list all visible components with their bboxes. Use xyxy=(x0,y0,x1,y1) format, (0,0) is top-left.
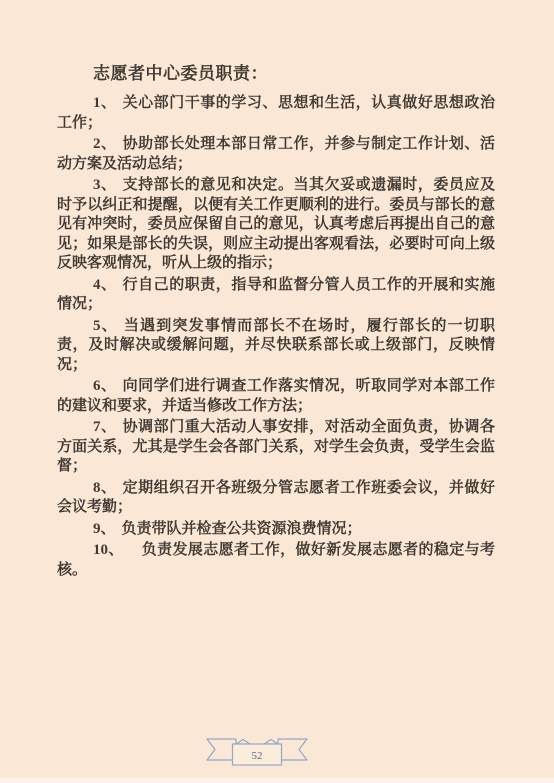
item-text: 支持部长的意见和决定。当其欠妥或遗漏时，委员应及时予以纠正和提醒，以便有关工作更… xyxy=(57,177,495,271)
item-number: 6、 xyxy=(93,378,117,394)
list-item: 8、定期组织召开各班级分管志愿者工作班委会议，并做好会议考勤； xyxy=(57,479,495,518)
item-number: 2、 xyxy=(93,136,117,152)
item-text: 当遇到突发事情而部长不在场时，履行部长的一切职责，及时解决或缓解问题，并尽快联系… xyxy=(57,318,495,373)
item-number: 9、 xyxy=(93,521,116,537)
list-item: 9、负责带队并检查公共资源浪费情况； xyxy=(57,520,495,540)
ribbon-left-tail xyxy=(207,739,236,760)
item-number: 8、 xyxy=(93,480,117,496)
item-number: 1、 xyxy=(93,95,117,111)
list-item: 6、向同学们进行调查工作落实情况，听取同学对本部工作的建议和要求，并适当修改工作… xyxy=(57,377,495,416)
page-title: 志愿者中心委员职责： xyxy=(57,63,495,85)
item-number: 4、 xyxy=(93,277,117,293)
ribbon-right-tail xyxy=(278,739,307,760)
item-text: 向同学们进行调查工作落实情况，听取同学对本部工作的建议和要求，并适当修改工作方法… xyxy=(57,378,495,414)
list-item: 4、行自己的职责，指导和监督分管人员工作的开展和实施情况； xyxy=(57,276,495,315)
item-number: 10、 xyxy=(93,542,124,558)
item-text: 定期组织召开各班级分管志愿者工作班委会议，并做好会议考勤； xyxy=(57,480,495,516)
item-number: 3、 xyxy=(93,177,117,193)
list-item: 2、协助部长处理本部日常工作，并参与制定工作计划、活动方案及活动总结； xyxy=(57,135,495,174)
list-item: 1、关心部门干事的学习、思想和生活，认真做好思想政治工作； xyxy=(57,94,495,133)
list-item: 3、支持部长的意见和决定。当其欠妥或遗漏时，委员应及时予以纠正和提醒，以便有关工… xyxy=(57,176,495,274)
list-item: 7、协调部门重大活动人事安排，对活动全面负责，协调各方面关系，尤其是学生会各部门… xyxy=(57,418,495,477)
list-item: 5、当遇到突发事情而部长不在场时，履行部长的一切职责，及时解决或缓解问题，并尽快… xyxy=(57,317,495,376)
page-bottom-edge xyxy=(0,778,554,783)
document-body: 志愿者中心委员职责： 1、关心部门干事的学习、思想和生活，认真做好思想政治工作；… xyxy=(57,63,495,582)
page-number-ribbon: 52 xyxy=(205,732,309,770)
item-text: 负责带队并检查公共资源浪费情况； xyxy=(122,521,362,537)
item-number: 7、 xyxy=(93,419,117,435)
list-item: 10、负责发展志愿者工作，做好新发展志愿者的稳定与考核。 xyxy=(57,541,495,580)
ribbon-fold-left xyxy=(236,740,250,745)
item-text: 行自己的职责，指导和监督分管人员工作的开展和实施情况； xyxy=(57,277,495,313)
item-text: 协调部门重大活动人事安排，对活动全面负责，协调各方面关系，尤其是学生会各部门关系… xyxy=(57,419,495,474)
item-text: 关心部门干事的学习、思想和生活，认真做好思想政治工作； xyxy=(57,95,495,131)
item-text: 协助部长处理本部日常工作，并参与制定工作计划、活动方案及活动总结； xyxy=(57,136,495,172)
item-number: 5、 xyxy=(93,318,118,334)
page-number: 52 xyxy=(252,750,263,762)
ribbon-fold-right xyxy=(264,740,278,745)
ribbon-banner-icon: 52 xyxy=(205,732,309,770)
